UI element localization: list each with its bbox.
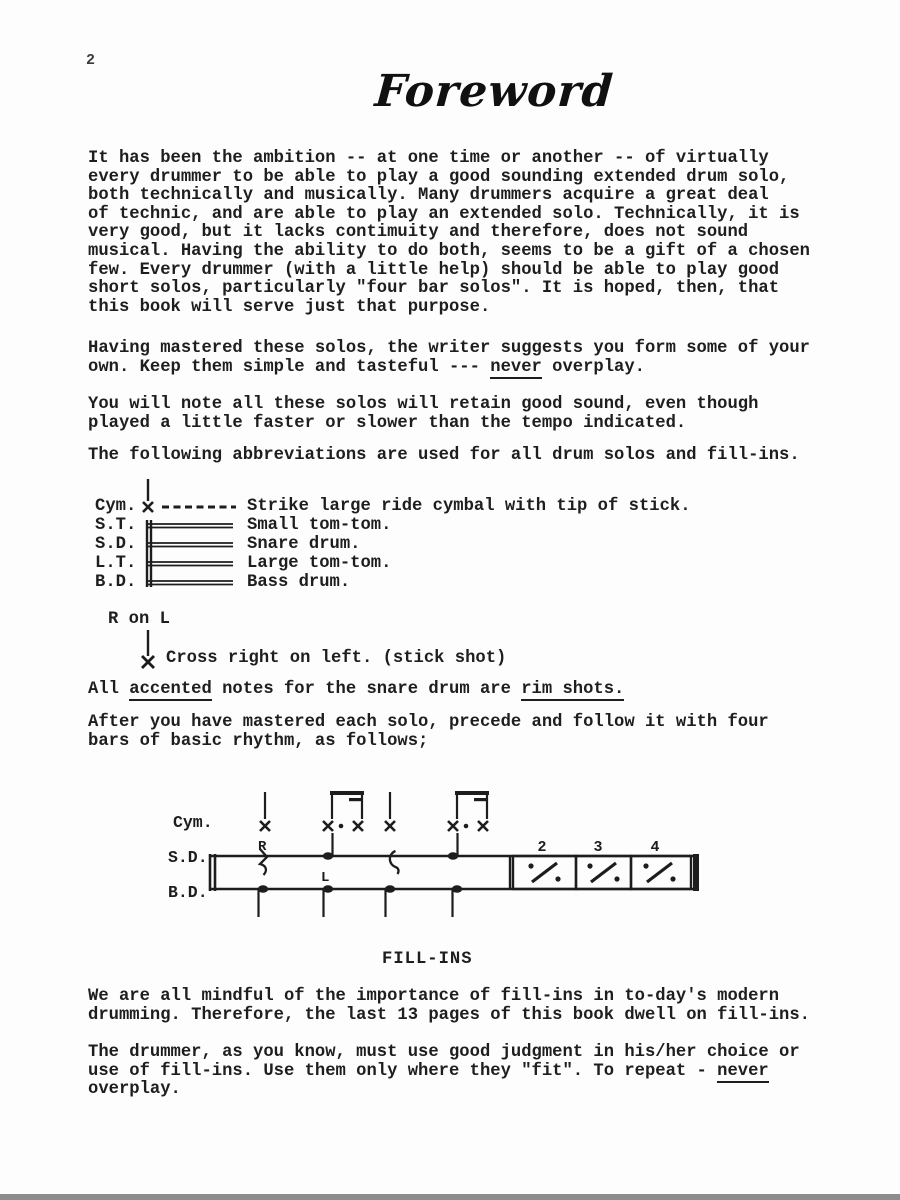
text-line: After you have mastered each solo, prece… [88,714,769,733]
text-line: overplay. [88,1081,800,1100]
abbreviation-key: Cym. S.T. S.D. L.T. B.D. Strike large ri… [95,497,735,597]
repeat-sign [587,863,619,882]
text-line: All accented notes for the snare drum ar… [88,681,624,700]
sticking-l: L [321,870,329,886]
abbr-desc: Small tom-tom. [247,516,391,535]
accent-note-line: All accented notes for the snare drum ar… [88,681,624,700]
stick-shot-desc: Cross right on left. (stick shot) [166,650,506,669]
text-line: bars of basic rhythm, as follows; [88,733,769,752]
text-line: You will note all these solos will retai… [88,396,758,415]
fill-ins-heading: FILL-INS [382,950,473,969]
page-title: Foreword [373,66,615,117]
intro-paragraph-4: The following abbreviations are used for… [88,447,800,466]
intro-paragraph-2: Having mastered these solos, the writer … [88,340,810,377]
measure-number-3: 3 [593,839,602,856]
measure-number-2: 2 [537,839,546,856]
text-line: The following abbreviations are used for… [88,447,800,466]
text-line: played a little faster or slower than th… [88,415,758,434]
cym-label: Cym. [173,813,213,832]
measure-number-4: 4 [650,839,659,856]
text-line: short solos, particularly "four bar solo… [88,280,810,299]
text-line: both technically and musically. Many dru… [88,187,810,206]
abbr-label: S.D. [95,535,136,554]
text-line: Having mastered these solos, the writer … [88,340,810,359]
basic-rhythm-notation: Cym. S.D. B.D. [155,770,715,930]
page-number: 2 [86,52,95,69]
abbr-label: Cym. [95,497,136,516]
scanned-book-page: 2 Foreword It has been the ambition -- a… [0,0,900,1200]
text-line: It has been the ambition -- at one time … [88,150,810,169]
text-line: this book will serve just that purpose. [88,299,810,318]
abbr-desc: Strike large ride cymbal with tip of sti… [247,497,691,516]
text-line: of technic, and are able to play an exte… [88,206,810,225]
stick-shot-note-icon [132,628,166,674]
text-line: The drummer, as you know, must use good … [88,1044,800,1063]
abbreviation-bracket-graphic [135,471,255,591]
text-line: We are all mindful of the importance of … [88,988,810,1007]
text-line: musical. Having the ability to do both, … [88,243,810,262]
text-line: few. Every drummer (with a little help) … [88,262,810,281]
repeat-sign [643,863,675,882]
text-line: very good, but it lacks contimuity and t… [88,224,810,243]
stick-shot-heading: R on L [108,611,170,630]
intro-paragraph-1: It has been the ambition -- at one time … [88,150,810,317]
fill-ins-paragraph-1: We are all mindful of the importance of … [88,988,810,1025]
abbr-desc: Bass drum. [247,573,350,592]
sd-label: S.D. [168,848,208,867]
bd-label: B.D. [168,883,208,902]
abbr-label: L.T. [95,554,136,573]
fill-ins-paragraph-2: The drummer, as you know, must use good … [88,1044,800,1100]
scan-edge-bar [0,1194,900,1200]
abbr-label: S.T. [95,516,136,535]
practice-paragraph: After you have mastered each solo, prece… [88,714,769,751]
intro-paragraph-3: You will note all these solos will retai… [88,396,758,433]
text-line: own. Keep them simple and tasteful --- n… [88,359,810,378]
repeat-sign [528,863,560,882]
abbr-label: B.D. [95,573,136,592]
text-line: use of fill-ins. Use them only where the… [88,1063,800,1082]
abbr-desc: Large tom-tom. [247,554,391,573]
text-line: drumming. Therefore, the last 13 pages o… [88,1007,810,1026]
text-line: every drummer to be able to play a good … [88,169,810,188]
abbr-desc: Snare drum. [247,535,360,554]
